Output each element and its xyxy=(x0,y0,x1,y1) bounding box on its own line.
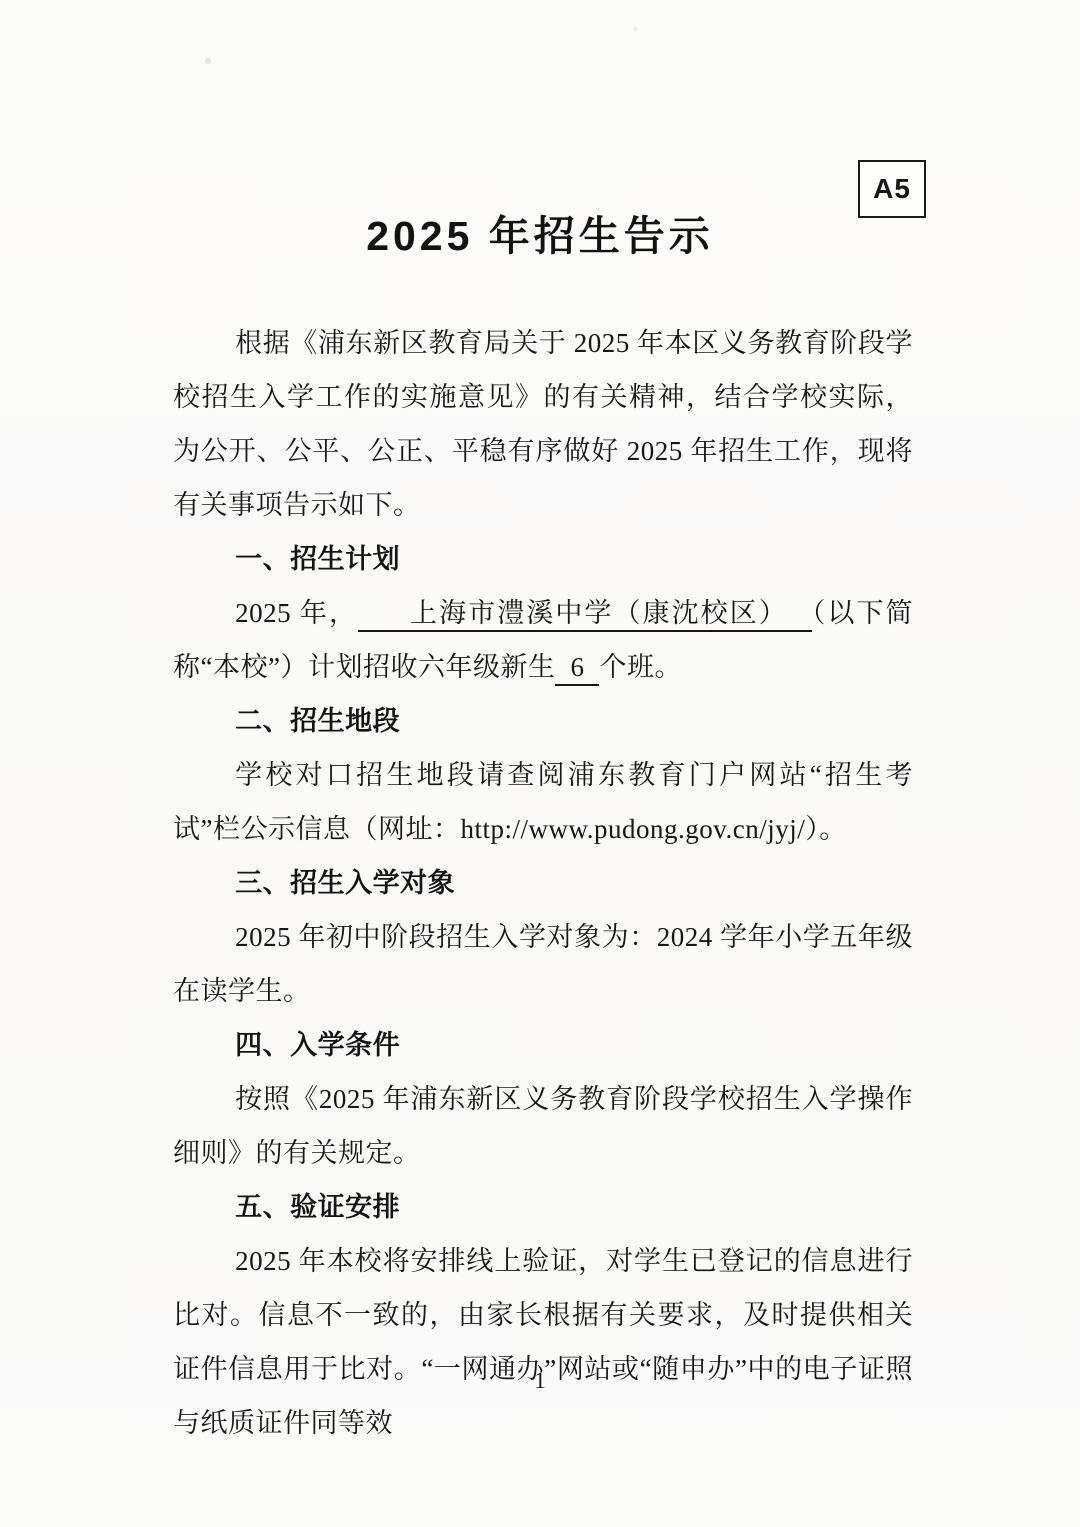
section-1-text-pre: 2025 年， xyxy=(235,598,358,628)
document-title: 2025 年招生告示 xyxy=(0,212,1080,260)
section-4-heading: 四、入学条件 xyxy=(173,1018,913,1072)
document-body: 根据《浦东新区教育局关于 2025 年本区义务教育阶段学校招生入学工作的实施意见… xyxy=(173,316,913,1450)
scan-artifact-dot xyxy=(205,58,211,64)
paper-size-label: A5 xyxy=(873,173,911,205)
paper-size-badge: A5 xyxy=(858,160,926,218)
section-4-paragraph: 按照《2025 年浦东新区义务教育阶段学校招生入学操作细则》的有关规定。 xyxy=(173,1072,913,1180)
section-5-paragraph: 2025 年本校将安排线上验证，对学生已登记的信息进行比对。信息不一致的，由家长… xyxy=(173,1234,913,1450)
section-1-paragraph: 2025 年，上海市澧溪中学（康沈校区）（以下简称“本校”）计划招收六年级新生6… xyxy=(173,586,913,694)
document-page: A5 2025 年招生告示 根据《浦东新区教育局关于 2025 年本区义务教育阶… xyxy=(0,0,1080,1527)
section-1-heading: 一、招生计划 xyxy=(173,532,913,586)
section-5-heading: 五、验证安排 xyxy=(173,1180,913,1234)
scan-artifact-dot xyxy=(633,26,638,31)
class-count-blank: 6 xyxy=(555,652,599,686)
section-1-text-post: 个班。 xyxy=(599,652,682,682)
page-number: 1 xyxy=(0,1368,1080,1394)
section-3-paragraph: 2025 年初中阶段招生入学对象为：2024 学年小学五年级在读学生。 xyxy=(173,910,913,1018)
intro-paragraph: 根据《浦东新区教育局关于 2025 年本区义务教育阶段学校招生入学工作的实施意见… xyxy=(173,316,913,532)
section-3-heading: 三、招生入学对象 xyxy=(173,856,913,910)
school-name-blank: 上海市澧溪中学（康沈校区） xyxy=(358,598,812,632)
section-2-heading: 二、招生地段 xyxy=(173,694,913,748)
section-2-paragraph: 学校对口招生地段请查阅浦东教育门户网站“招生考试”栏公示信息（网址：http:/… xyxy=(173,748,913,856)
